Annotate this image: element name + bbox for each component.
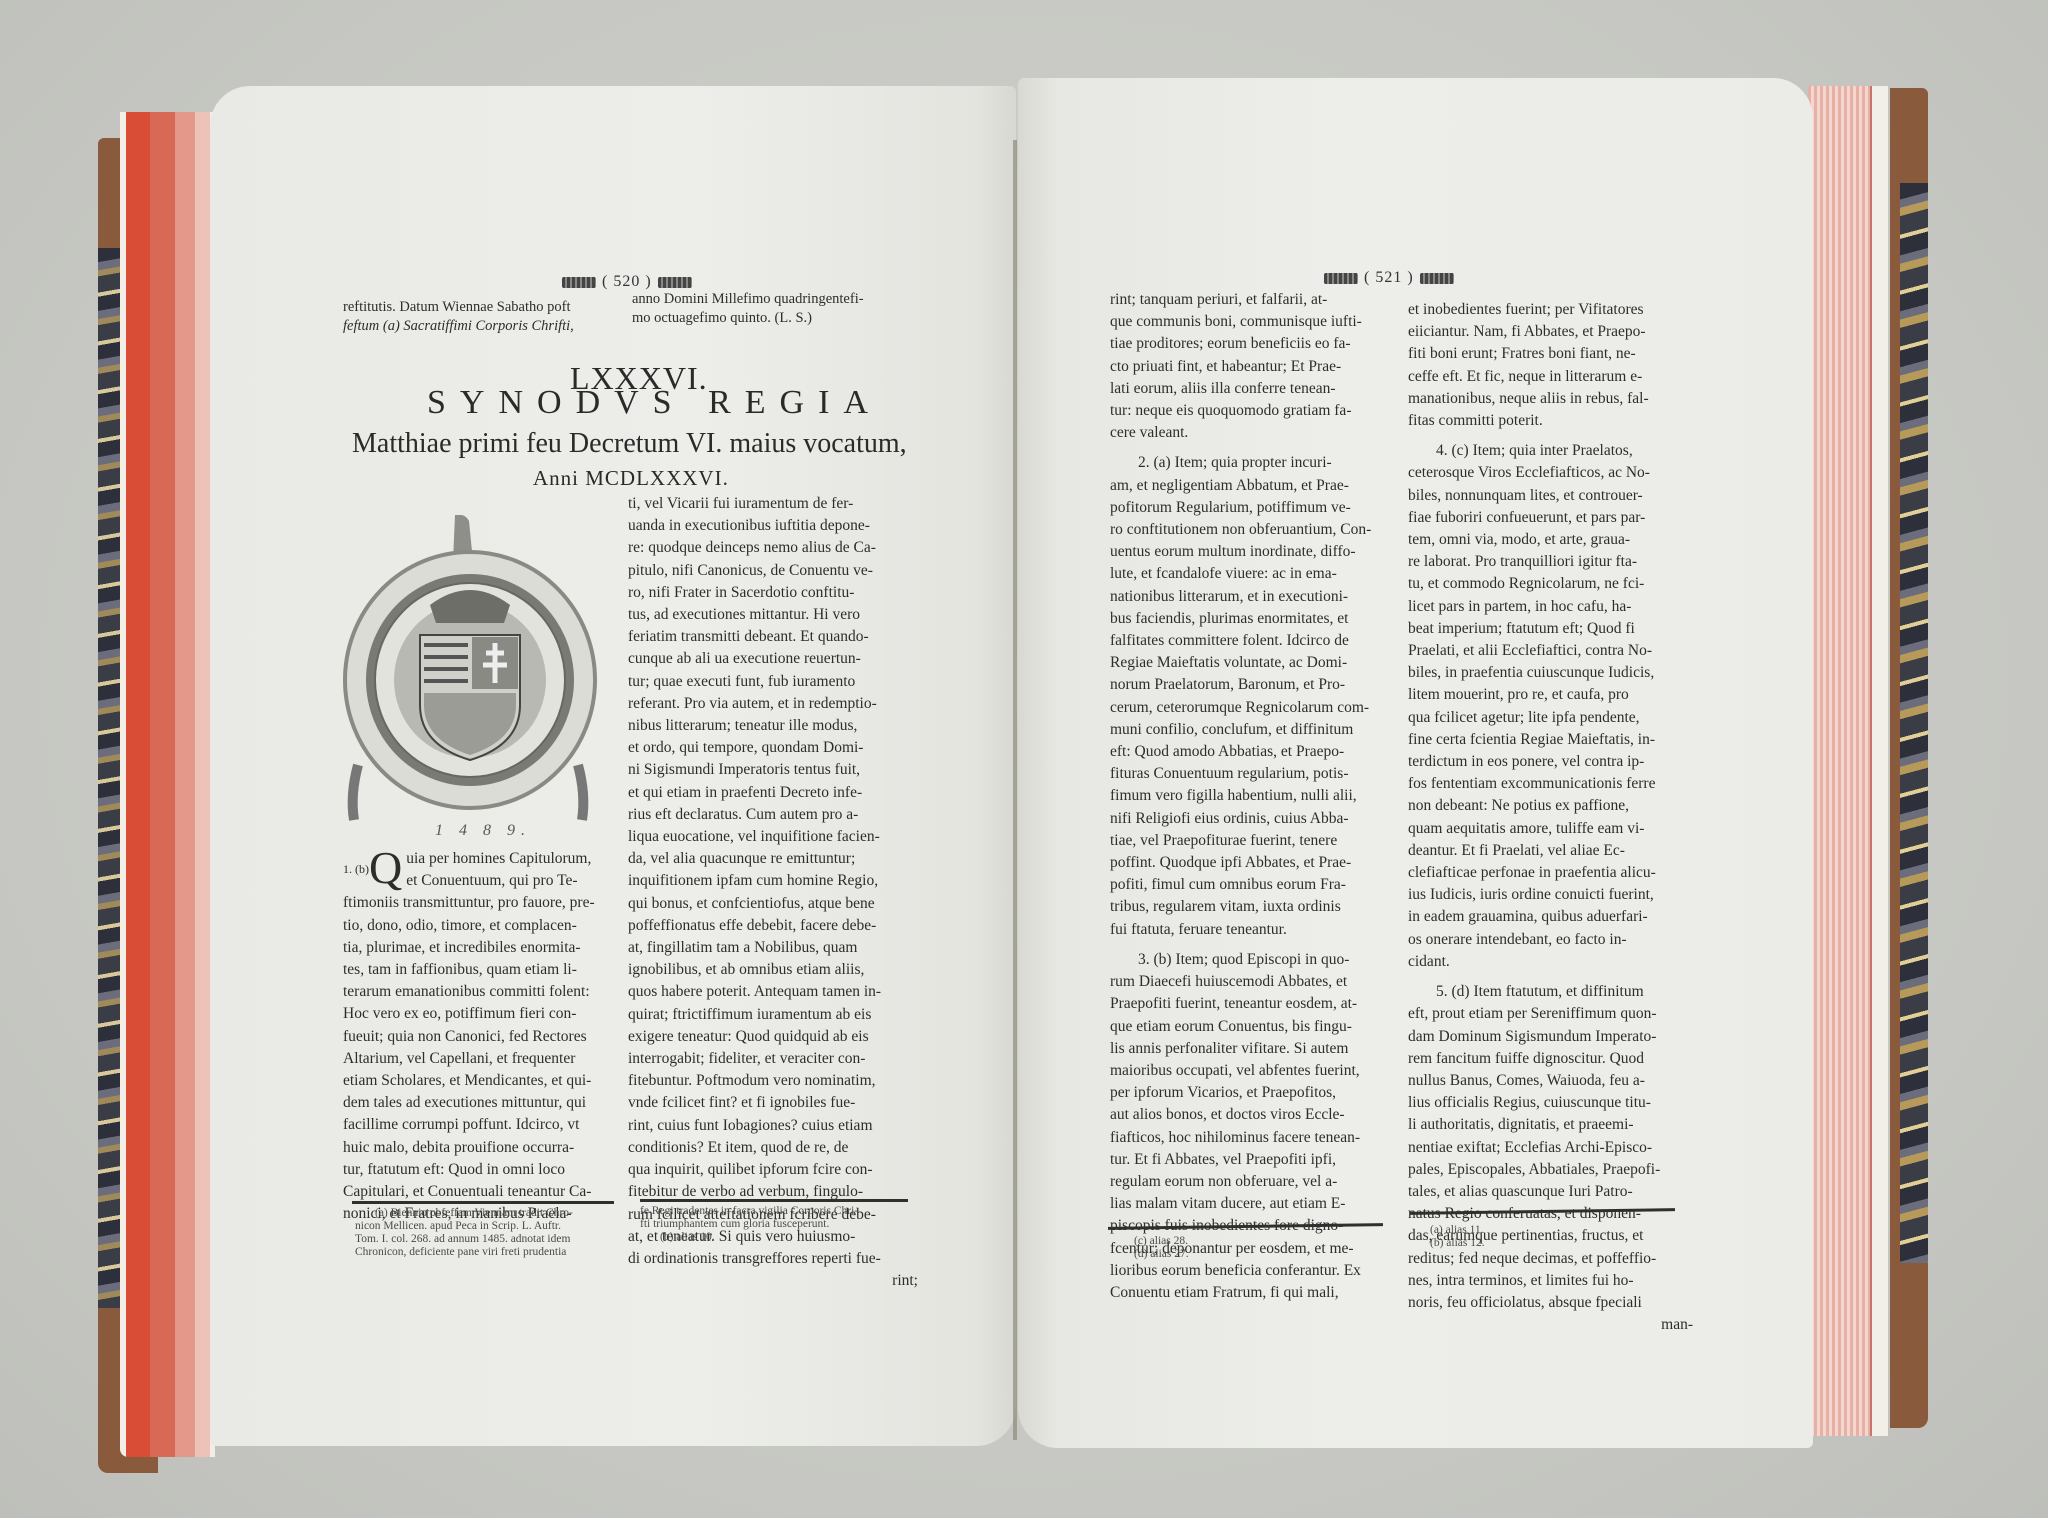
page-edges-right: [1808, 86, 1888, 1436]
text-line: os onerare intendebant, eo facto in-: [1408, 929, 1693, 951]
text-line: et ordo, qui tempore, quondam Domi-: [628, 737, 918, 759]
text-line: Hoc vero ex eo, potiffimum fieri con-: [343, 1003, 621, 1025]
text-line: tur: neque eis quoquomodo gratiam fa-: [1110, 400, 1395, 422]
text-line: dam Dominum Sigismundum Imperato-: [1408, 1026, 1693, 1048]
text-line: rum Diaecefi huiuscemodi Abbates, et: [1110, 971, 1395, 993]
text-line: falfitates committere folent. Idcirco de: [1110, 630, 1395, 652]
text-line: eiiciantur. Nam, fi Abbates, et Praepo-: [1408, 321, 1693, 343]
text-line: tur; quae executi funt, fub iuramento: [628, 671, 918, 693]
footnote-rule: [352, 1201, 614, 1204]
text-line: 3. (b) Item; quod Episcopi in quo-: [1110, 949, 1395, 971]
right-running-head: ( 521 ): [1318, 269, 1460, 287]
text-line: tu, et commodo Regnicolarum, ne fci-: [1408, 573, 1693, 595]
text-line: quos habere poterit. Antequam tamen in-: [628, 981, 918, 1003]
text-line: ceterosque Viros Ecclefiafticos, ac No-: [1408, 462, 1693, 484]
footnote-line: (c) alias 28.: [1134, 1235, 1189, 1248]
text-line: rint, cuius funt Iobagiones? cuius etiam: [628, 1115, 918, 1137]
text-line: pales, Episcopales, Abbatiales, Praepofi…: [1408, 1159, 1693, 1181]
text-line: biles, nonnunquam lites, et controuer-: [1408, 485, 1693, 507]
footnote-line: (b) alias 12.: [1430, 1237, 1485, 1250]
text-line: tur, ftatutum eft: Quod in omni loco: [343, 1159, 621, 1181]
paragraph-marker: 1. (b): [343, 858, 369, 880]
page-edges-left: [120, 112, 215, 1457]
text-line: lati eorum, aliis illa conferre tenean-: [1110, 378, 1395, 400]
text-line: licet pars in partem, in hoc cafu, ha-: [1408, 596, 1693, 618]
ornament-icon: [1324, 273, 1358, 284]
text-line: Conuentu etiam Fratrum, fi qui mali,: [1110, 1282, 1395, 1304]
text-line: tem, omni via, modo, et arte, graua-: [1408, 529, 1693, 551]
text-line: cto priuati fint, et habeantur; Et Prae-: [1110, 356, 1395, 378]
text-line: norum Praelatorum, Baronum, et Pro-: [1110, 674, 1395, 696]
text-line: tus, ad executiones mittantur. Hi vero: [628, 604, 918, 626]
text-line: cere valeant.: [1110, 422, 1395, 444]
text-line: fueuit; quia non Canonici, fed Rectores: [343, 1026, 621, 1048]
text-line: biles, in praefentia cuiuscunque Iudicis…: [1408, 662, 1693, 684]
left-footnotes-col1: (a) Biennio obfeffam Viennam tradit Chro…: [355, 1207, 625, 1259]
book-gutter: [1013, 140, 1017, 1440]
text-line: rint;: [628, 1270, 918, 1292]
text-line: liqua euocatione, vel inquifitione facie…: [628, 826, 918, 848]
text-line: tes, tam in faffionibus, quam etiam li-: [343, 959, 621, 981]
text-line: qua inquirit, quilibet ipforum fcire con…: [628, 1159, 918, 1181]
text-line: non debeant: Ne potius ex paffione,: [1408, 795, 1693, 817]
text-line: rius eft declaratus. Cum autem pro a-: [628, 804, 918, 826]
text-line: ignobilibus, et ab omnibus etiam aliis,: [628, 959, 918, 981]
text-line: reftitutis. Datum Wiennae Sabatho poft: [343, 298, 623, 317]
text-line: et qui etiam in praefenti Decreto infe-: [628, 782, 918, 804]
text-line: quirat; ftrictiffimum iuramentum ab eis: [628, 1004, 918, 1026]
carryover-col1: reftitutis. Datum Wiennae Sabatho poft f…: [343, 298, 623, 336]
text-line: cunque ab ali ua executione reuertun-: [628, 648, 918, 670]
text-line: huic malo, debita prouifione occurra-: [343, 1137, 621, 1159]
drop-cap: Q: [369, 848, 402, 888]
seal-caption: 1 4 8 9.: [435, 822, 531, 840]
text-line: ceffe eft. Et fic, neque in litterarum e…: [1408, 366, 1693, 388]
text-line: pofiti, fimul cum omnibus eorum Fra-: [1110, 874, 1395, 896]
right-col1-text: rint; tanquam periuri, et falfarii, at- …: [1110, 289, 1395, 1304]
text-line: deantur. Et fi Praelati, vel aliae Ec-: [1408, 840, 1693, 862]
text-line: 4. (c) Item; quia inter Praelatos,: [1408, 440, 1693, 462]
text-line: mo octuagefimo quinto. (L. S.): [632, 309, 922, 328]
footnote-line: (a) alias 11.: [1430, 1224, 1485, 1237]
text-line: tiae proditores; eorum beneficiis eo fa-: [1110, 333, 1395, 355]
text-line: feftum (a) Sacratiffimi Corporis Chrifti…: [343, 317, 623, 336]
footnote-line: nicon Mellicen. apud Peca in Scrip. L. A…: [355, 1220, 625, 1233]
right-footnotes-col1: (c) alias 28. (d) alias 27.: [1134, 1235, 1189, 1261]
text-line: Capitulari, et Conuentuali teneantur Ca-: [343, 1181, 621, 1203]
text-line: terdictum in eos ponere, vel contra ip-: [1408, 751, 1693, 773]
text-line: rint; tanquam periuri, et falfarii, at-: [1110, 289, 1395, 311]
text-line: qui bonus, et confcientiofus, atque bene: [628, 893, 918, 915]
text-line: noris, feu officiolatus, absque fpeciali: [1408, 1292, 1693, 1314]
text-line: lis annis perfonaliter vifitare. Si aute…: [1110, 1038, 1395, 1060]
text-line: fui ftatuta, feruare teneantur.: [1110, 919, 1395, 941]
text-line: que etiam eorum Conuentus, bis fingu-: [1110, 1016, 1395, 1038]
text-line: man-: [1408, 1314, 1693, 1336]
left-footnotes-col2: fe Regi tradentes in facra vigilia Corpo…: [640, 1205, 910, 1244]
text-line: di ordinationis transgreffores reperti f…: [628, 1248, 918, 1270]
footnote-line: fti triumphantem cum gloria fusceperunt.: [640, 1218, 910, 1231]
text-line: inquifitionem ipfam cum homine Regio,: [628, 870, 918, 892]
text-line: pitulo, nifi Canonicus, de Conuentu ve-: [628, 560, 918, 582]
ornament-icon: [1420, 273, 1454, 284]
ornament-icon: [562, 277, 596, 288]
text-line: que communis boni, communisque iufti-: [1110, 311, 1395, 333]
text-line: uanda in executionibus iuftitia depone-: [628, 515, 918, 537]
text-line: ro conftitutionem non obferuantium, Con-: [1110, 519, 1395, 541]
text-line: per ipforum Vicarios, et Praepofitos,: [1110, 1082, 1395, 1104]
text-line: am, et negligentiam Abbatum, et Prae-: [1110, 475, 1395, 497]
text-line: qua fcilicet agetur; lite ipfa pendente,: [1408, 707, 1693, 729]
right-col2-text: et inobedientes fuerint; per Vifitatores…: [1408, 299, 1693, 1336]
text-line: uentus eorum multum inordinate, diffo-: [1110, 541, 1395, 563]
text-line: etiam Scholares, et Mendicantes, et qui-: [343, 1070, 621, 1092]
text-line: fituras Conuentuum regularium, potis-: [1110, 763, 1395, 785]
marbled-spine-right: [1900, 183, 1928, 1263]
left-running-head: ( 520 ): [556, 273, 698, 291]
text-line: 5. (d) Item ftatutum, et diffinitum: [1408, 981, 1693, 1003]
text-line: fitas committi poterit.: [1408, 410, 1693, 432]
text-line: nullus Banus, Comes, Waiuoda, feu a-: [1408, 1070, 1693, 1092]
text-line: regulam eorum non obferuare, vel a-: [1110, 1171, 1395, 1193]
footnote-line: (d) alias 27.: [1134, 1248, 1189, 1261]
text-line: interrogabit; fideliter, et veraciter co…: [628, 1048, 918, 1070]
text-line: nationibus litterarum, et in executioni-: [1110, 586, 1395, 608]
text-line: Regiae Maieftatis voluntate, ac Domi-: [1110, 652, 1395, 674]
text-line: beat imperium; ftatutum eft; Quod fi: [1408, 618, 1693, 640]
book-cover-right: [1890, 88, 1928, 1428]
text-line: feriatim transmitti debeant. Et quando-: [628, 626, 918, 648]
text-line: tales, et alias quascunque Iuri Patro-: [1408, 1181, 1693, 1203]
text-line: lute, et fcandalofe viuere: ac in ema-: [1110, 563, 1395, 585]
text-line: tur. Et fi Abbates, vel Praepofiti ipfi,: [1110, 1149, 1395, 1171]
text-line: nifi Religiofi eius ordinis, cuius Abba-: [1110, 808, 1395, 830]
text-line: fos fententiam excommunicationis ferre: [1408, 773, 1693, 795]
text-line: referant. Pro via autem, et in redemptio…: [628, 693, 918, 715]
text-line: vnde fcilicet fint? et fi ignobiles fue-: [628, 1092, 918, 1114]
text-line: tia, plurimae, et incredibiles enormita-: [343, 937, 621, 959]
text-line: et inobedientes fuerint; per Vifitatores: [1408, 299, 1693, 321]
ornament-icon: [658, 277, 692, 288]
text-line: fimum vero figilla habentium, nulli alii…: [1110, 785, 1395, 807]
text-line: cidant.: [1408, 951, 1693, 973]
text-line: muni confilio, conclufum, et diffinitum: [1110, 719, 1395, 741]
text-line: quam aequitatis amore, tuliffe eam vi-: [1408, 818, 1693, 840]
footnote-line: (b) alias 10.: [640, 1231, 910, 1244]
text-line: fiti boni erunt; Fratres boni fiant, ne-: [1408, 343, 1693, 365]
text-line: rem fancitum fuiffe dignoscitur. Quod: [1408, 1048, 1693, 1070]
text-line: exigere teneatur: Quod quidquid ab eis: [628, 1026, 918, 1048]
text-line: ius Iudicis, iuris ordine conuicti fueri…: [1408, 884, 1693, 906]
text-line: lias malam vitam ducere, aut etiam E-: [1110, 1193, 1395, 1215]
text-line: poffint. Quodque ipfi Abbates, et Prae-: [1110, 852, 1395, 874]
text-line: eft: Quod amodo Abbatias, et Praepo-: [1110, 741, 1395, 763]
right-footnotes-col2: (a) alias 11. (b) alias 12.: [1430, 1224, 1485, 1250]
text-line: maioribus occupati, vel abfentes fuerint…: [1110, 1060, 1395, 1082]
text-line: Praelati, et alii Ecclefiaftici, contra …: [1408, 640, 1693, 662]
footnote-line: Chronicon, deficiente pane viri freti pr…: [355, 1246, 625, 1259]
text-line: anno Domini Millefimo quadringentefi-: [632, 290, 922, 309]
text-line: ni Sigismundi Imperatoris tentus fuit,: [628, 759, 918, 781]
text-line: eft, prout etiam per Sereniffimum quon-: [1408, 1003, 1693, 1025]
footnote-line: Tom. I. col. 268. ad annum 1485. adnotat…: [355, 1233, 625, 1246]
footnote-line: fe Regi tradentes in facra vigilia Corpo…: [640, 1205, 910, 1218]
marbled-spine-left: [98, 248, 120, 1308]
text-line: at, fingillatim tam a Nobilibus, quam: [628, 937, 918, 959]
text-line: nibus litterarum; teneatur ille modus,: [628, 715, 918, 737]
text-line: re laborat. Pro tranquilliori igitur fta…: [1408, 551, 1693, 573]
text-line: aut alios bonos, et doctos viros Eccle-: [1110, 1104, 1395, 1126]
text-line: tribus, regularem vitam, iuxta ordinis: [1110, 896, 1395, 918]
text-line: re: quodque deinceps nemo alius de Ca-: [628, 537, 918, 559]
footnote-rule: [640, 1199, 908, 1202]
text-line: da, vel alia quacunque re emittuntur;: [628, 848, 918, 870]
text-line: 2. (a) Item; quia propter incuri-: [1110, 452, 1395, 474]
carryover-col2: anno Domini Millefimo quadringentefi- mo…: [632, 290, 922, 328]
text-line: nes, intra terminos, et limites fui ho-: [1408, 1270, 1693, 1292]
page-number: ( 521 ): [1364, 269, 1414, 286]
text-line: nentiae exiftat; Ecclefias Archi-Episco-: [1408, 1137, 1693, 1159]
text-line: lius officialis Regius, cuiuscunque titu…: [1408, 1092, 1693, 1114]
section-title: SYNODVS REGIA: [427, 384, 882, 422]
text-line: facillime corrumpi poffunt. Idcirco, vt: [343, 1114, 621, 1136]
text-line: ti, vel Vicarii fui iuramentum de fer-: [628, 493, 918, 515]
text-line: ro, nifi Frater in Sacerdotio conftitu-: [628, 582, 918, 604]
text-line: fitebuntur. Poftmodum vero nominatim,: [628, 1070, 918, 1092]
left-col2-text: ti, vel Vicarii fui iuramentum de fer- u…: [628, 493, 918, 1292]
text-line: li authoritatis, dignitatis, et praeemi-: [1408, 1114, 1693, 1136]
text-line: ftimoniis transmittuntur, pro fauore, pr…: [343, 892, 621, 914]
text-line: bus faciendis, plurimas enormitates, et: [1110, 608, 1395, 630]
text-line: terarum emanationibus committi folent:: [343, 981, 621, 1003]
text-line: reditus; fed neque decimas, et poffeffio…: [1408, 1248, 1693, 1270]
text-line: Altarium, vel Capellani, et frequenter: [343, 1048, 621, 1070]
footnote-line: (a) Biennio obfeffam Viennam tradit Chro…: [355, 1207, 625, 1220]
text-line: lioribus eorum beneficia conferantur. Ex: [1110, 1260, 1395, 1282]
text-line: tio, dono, odio, timore, et complacen-: [343, 915, 621, 937]
text-line: tiae, vel Praepofiturae fuerint, tenere: [1110, 830, 1395, 852]
text-line: Praepofiti fuerint, teneantur eosdem, at…: [1110, 993, 1395, 1015]
royal-seal-illustration-icon: [340, 515, 600, 825]
text-line: fiae fuboriri confueuerunt, et pars par-: [1408, 507, 1693, 529]
section-subtitle: Matthiae primi feu Decretum VI. maius vo…: [352, 428, 907, 460]
text-line: dem tales ad executiones mittuntur, qui: [343, 1092, 621, 1114]
text-line: cerum, ceterorumque Regnicolarum com-: [1110, 697, 1395, 719]
section-year: Anni MCDLXXXVI.: [533, 466, 729, 491]
page-number: ( 520 ): [602, 273, 652, 290]
text-line: fiafticos, hoc nihilominus facere tenean…: [1110, 1127, 1395, 1149]
text-line: poffeffionatus effe debebit, facere debe…: [628, 915, 918, 937]
text-line: litem mouerint, pro re, et caufa, pro: [1408, 684, 1693, 706]
text-line: in eadem grauamina, quibus aduerfari-: [1408, 906, 1693, 928]
text-line: manationibus, neque aliis in rebus, fal-: [1408, 388, 1693, 410]
text-line: fine certa fcientia Regiae Maieftatis, i…: [1408, 729, 1693, 751]
left-col1-paragraph: 1. (b) Q uia per homines Capitulorum, et…: [343, 848, 621, 1225]
text-line: clefiafticae perfonae in praefentia alic…: [1408, 862, 1693, 884]
text-line: conditionis? Et item, quod de re, de: [628, 1137, 918, 1159]
text-line: pofitorum Regularium, potiffimum ve-: [1110, 497, 1395, 519]
